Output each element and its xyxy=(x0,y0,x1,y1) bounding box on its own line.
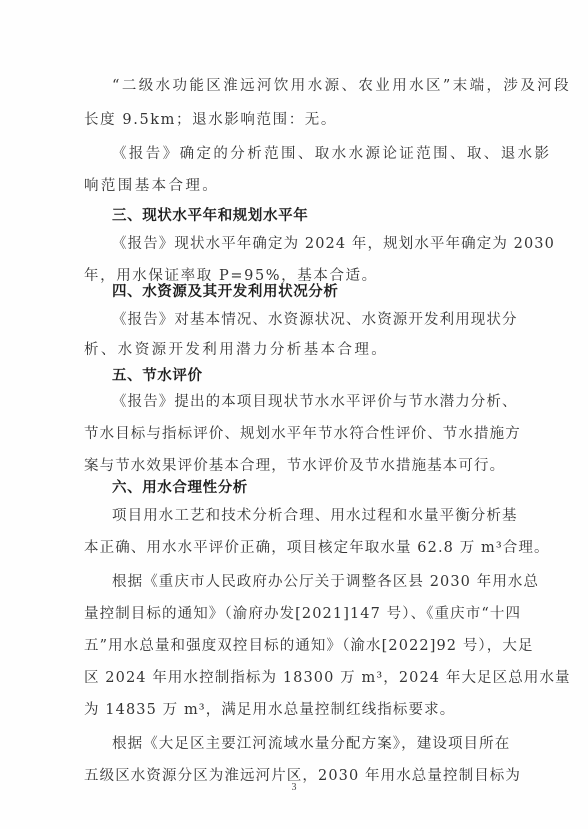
paragraph-line: 量控制目标的通知》（渝府办发[2021]147 号）、《重庆市“十四 xyxy=(84,604,514,624)
paragraph-line: 本正确、用水水平评价正确，项目核定年取水量 62.8 万 m³合理。 xyxy=(84,538,514,558)
paragraph-line: 析、水资源开发利用潜力分析基本合理。 xyxy=(84,340,514,360)
paragraph-line: “二级水功能区淮远河饮用水源、农业用水区”末端，涉及河段 xyxy=(112,76,514,96)
section-heading-5: 五、节水评价 xyxy=(112,366,203,386)
paragraph-line: 区 2024 年用水控制指标为 18300 万 m³，2024 年大足区总用水量 xyxy=(84,668,514,688)
paragraph-line: 五”用水总量和强度双控目标的通知》（渝水[2022]92 号），大足 xyxy=(84,636,514,656)
paragraph-line: 为 14835 万 m³，满足用水总量控制红线指标要求。 xyxy=(84,700,514,720)
paragraph-line: 根据《大足区主要江河流域水量分配方案》，建设项目所在 xyxy=(112,734,514,754)
section-heading-4: 四、水资源及其开发利用状况分析 xyxy=(112,282,339,302)
paragraph-line: 《报告》确定的分析范围、取水水源论证范围、取、退水影 xyxy=(112,144,514,164)
paragraph-line: 项目用水工艺和技术分析合理、用水过程和水量平衡分析基 xyxy=(112,506,514,526)
paragraph-line: 《报告》提出的本项目现状节水水平评价与节水潜力分析、 xyxy=(112,392,514,412)
paragraph-line: 《报告》对基本情况、水资源状况、水资源开发利用现状分 xyxy=(112,310,514,330)
paragraph-line: 《报告》现状水平年确定为 2024 年，规划水平年确定为 2030 xyxy=(112,234,514,254)
paragraph-line: 长度 9.5km；退水影响范围：无。 xyxy=(84,110,514,130)
paragraph-line: 案与节水效果评价基本合理，节水评价及节水措施基本可行。 xyxy=(84,456,514,476)
paragraph-line: 节水目标与指标评价、规划水平年节水符合性评价、节水措施方 xyxy=(84,424,514,444)
section-heading-6: 六、用水合理性分析 xyxy=(112,478,248,498)
paragraph-line: 响范围基本合理。 xyxy=(84,176,514,196)
document-page: “二级水功能区淮远河饮用水源、农业用水区”末端，涉及河段 长度 9.5km；退水… xyxy=(0,0,588,829)
section-heading-3: 三、现状水平年和规划水平年 xyxy=(112,206,308,226)
page-number: 3 xyxy=(0,782,588,793)
paragraph-line: 根据《重庆市人民政府办公厅关于调整各区县 2030 年用水总 xyxy=(112,572,514,592)
